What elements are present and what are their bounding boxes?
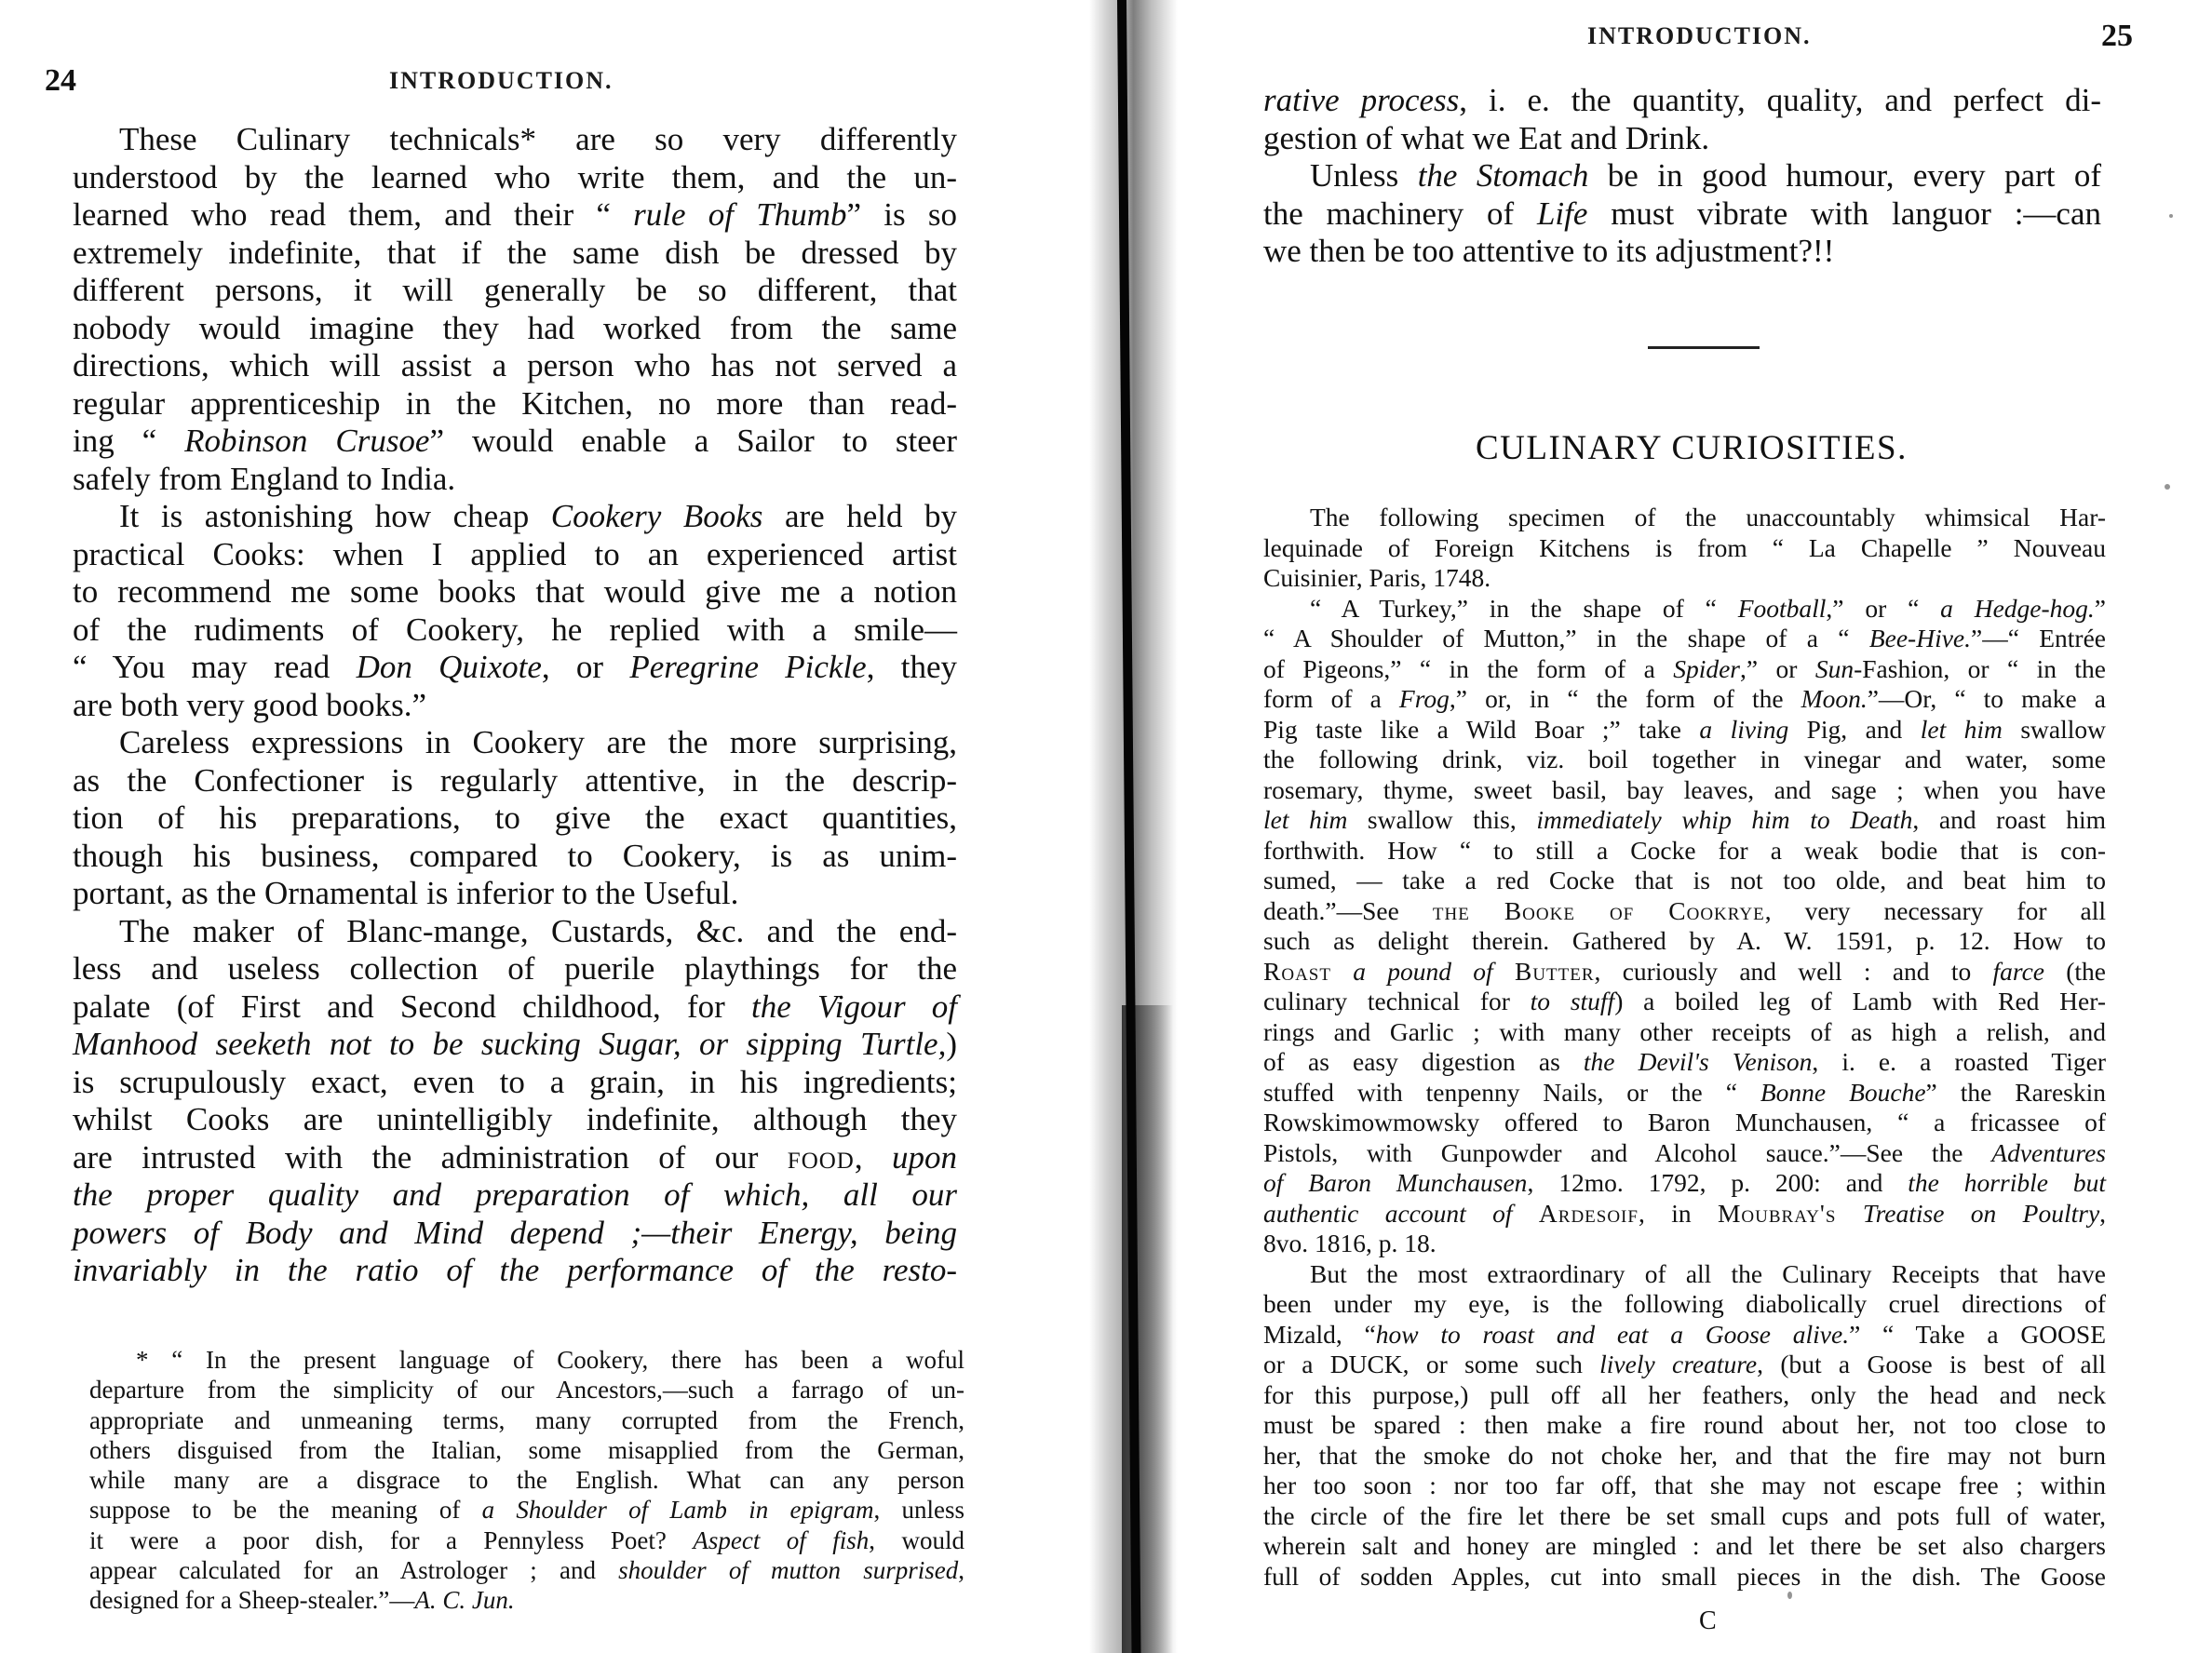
text-line: departure from the simplicity of our Anc… [89,1375,964,1404]
text-run: must be spared : then make a fire round … [1263,1410,2106,1439]
text-line: of the rudiments of Cookery, he replied … [73,611,957,650]
text-line: it were a poor dish, for a Pennyless Poe… [89,1525,964,1555]
text-line: Manhood seeketh not to be sucking Sugar,… [73,1026,957,1064]
italic-text: powers of Body and Mind depend ;—their E… [73,1215,957,1251]
text-run: be in good humour, every part of [1588,157,2101,194]
footnote: * “ In the present language of Cookery, … [89,1345,964,1616]
text-run: Pig taste like a Wild Boar ;” take [1263,715,1699,744]
text-line: Roast a pound of Butter, curiously and w… [1263,957,2106,988]
text-line: The following specimen of the unaccounta… [1263,503,2106,533]
text-line: rosemary, thyme, sweet basil, bay leaves… [1263,775,2106,806]
text-line: to recommend me some books that would gi… [73,573,957,611]
text-run: “ A Shoulder of Mutton,” in the shape of… [1263,624,1869,652]
text-run: , or [542,649,629,685]
section-title: CULINARY CURIOSITIES. [1476,428,1908,468]
text-line: the machinery of Life must vibrate with … [1263,195,2101,234]
italic-text: A. C. Jun. [414,1586,514,1614]
page-number: 25 [2101,19,2133,54]
text-run: it were a poor dish, for a Pennyless Poe… [89,1526,693,1554]
text-run: the circle of the fire let there be set … [1263,1501,2106,1530]
text-run: the following drink, viz. boil together … [1263,745,2106,773]
paper-speck [2165,484,2170,490]
text-line: sumed, — take a red Cocke that is not to… [1263,866,2106,896]
text-line: less and useless collection of puerile p… [73,950,957,988]
text-run: rosemary, thyme, sweet basil, bay leaves… [1263,775,2106,804]
text-line: death.”—See the Booke of Cookrye, very n… [1263,896,2106,927]
text-line: These Culinary technicals* are so very d… [73,121,957,159]
text-run: , would [869,1526,964,1554]
text-run: Rowskimowmowsky offered to Baron Munchau… [1263,1108,2106,1136]
small-caps-text: the Booke of Cookrye [1433,896,1765,925]
text-run: wherein salt and honey are mingled : and… [1263,1531,2106,1560]
paper-speck [1787,1592,1792,1599]
text-line: rings and Garlic ; with many other recei… [1263,1017,2106,1048]
text-run: the machinery of [1263,195,1537,232]
text-run: been under my eye, is the following diab… [1263,1289,2106,1318]
text-line: the following drink, viz. boil together … [1263,745,2106,775]
text-run: learned who read them, and their “ [73,196,633,233]
text-line: learned who read them, and their “ rule … [73,196,957,235]
italic-text: rule of Thumb [633,196,846,233]
text-line: full of sodden Apples, cut into small pi… [1263,1562,2106,1593]
body-text: These Culinary technicals* are so very d… [73,121,957,1290]
text-run [1836,1199,1862,1228]
text-line: stuffed with tenpenny Nails, or the “ Bo… [1263,1078,2106,1109]
text-line: It is astonishing how cheap Cookery Book… [73,498,957,536]
text-run: culinary technical for [1263,987,1531,1015]
text-run: The following specimen of the unaccounta… [1310,503,2106,531]
text-run: form of a [1263,684,1399,713]
text-run: ” “ Take a GOOSE [1849,1320,2106,1349]
text-run: as the Confectioner is regularly attenti… [73,762,957,799]
italic-text: to stuff [1531,987,1615,1015]
italic-text: Frog [1399,684,1450,713]
text-run: , 12mo. 1792, p. 200: and [1527,1168,1908,1197]
text-line: palate (of First and Second childhood, f… [73,988,957,1027]
text-line: of as easy digestion as the Devil's Veni… [1263,1047,2106,1078]
text-run: , in [1639,1199,1718,1228]
text-run: her, that the smoke do not choke her, an… [1263,1441,2106,1470]
section-divider-rule [1648,346,1760,349]
text-run: to recommend me some books that would gi… [73,573,957,610]
text-run: suppose to be the meaning of [89,1496,482,1524]
text-run: , unless [873,1496,964,1524]
text-line: gestion of what we Eat and Drink. [1263,120,2101,158]
italic-text: immediately whip him to Death [1536,805,1912,834]
text-run: , [2099,1199,2106,1228]
italic-text: let him [1921,715,2003,744]
text-line: The maker of Blanc-mange, Custards, &c. … [73,913,957,951]
text-line: culinary technical for to stuff) a boile… [1263,987,2106,1017]
italic-text: Moon. [1801,684,1868,713]
text-line: form of a Frog,” or, in “ the form of th… [1263,684,2106,715]
text-run: whilst Cooks are unintelligibly indefini… [73,1101,957,1137]
italic-text: invariably in the ratio of the performan… [73,1252,957,1288]
text-run: others disguised from the Italian, some … [89,1436,964,1464]
text-run: are held by [762,498,957,534]
text-run: though his business, compared to Cookery… [73,838,957,874]
italic-text: Don Quixote [357,649,542,685]
text-run: (the [2044,957,2106,986]
text-line: different persons, it will generally be … [73,272,957,310]
text-run: must vibrate with languor :—can [1587,195,2101,232]
text-line: rative process, i. e. the quantity, qual… [1263,82,2101,120]
text-run: Pig, and [1788,715,1921,744]
text-run: full of sodden Apples, cut into small pi… [1263,1562,2106,1591]
text-line: whilst Cooks are unintelligibly indefini… [73,1101,957,1139]
text-run: nobody would imagine they had worked fro… [73,310,957,346]
text-line: designed for a Sheep-stealer.”—A. C. Jun… [89,1585,964,1615]
text-run: ing “ [73,423,184,459]
text-run: , i. e. the quantity, quality, and perfe… [1459,82,2101,118]
text-run: death.”—See [1263,896,1433,925]
italic-text: a Shoulder of Lamb in epigram [482,1496,874,1524]
text-run: , i. e. a roasted Tiger [1812,1047,2106,1076]
text-line: Pig taste like a Wild Boar ;” take a liv… [1263,715,2106,746]
text-line: Mizald, “how to roast and eat a Goose al… [1263,1320,2106,1351]
text-run: ,” or [1740,654,1815,683]
text-line: directions, which will assist a person w… [73,347,957,385]
small-caps-text: Ardesoif [1539,1199,1639,1228]
text-run [1331,957,1353,986]
small-caps-text: food [788,1139,855,1176]
text-run: “ A Turkey,” in the shape of “ [1310,594,1738,623]
italic-text: Aspect of fish [693,1526,869,1554]
text-line: forthwith. How “ to still a Cocke for a … [1263,836,2106,867]
italic-text: the horrible but [1908,1168,2106,1197]
text-run: directions, which will assist a person w… [73,347,957,383]
text-run: ” the Rareskin [1926,1078,2106,1107]
text-run: But the most extraordinary of all the Cu… [1310,1259,2106,1288]
text-run: we then be too attentive to its adjustme… [1263,233,1834,269]
italic-text: Life [1537,195,1587,232]
italic-text: Robinson Crusoe [184,423,429,459]
left-page: 24 INTRODUCTION. These Culinary technica… [0,0,1089,1653]
text-line: Careless expressions in Cookery are the … [73,724,957,762]
text-run: Mizald, “ [1263,1320,1376,1349]
small-caps-text: Moubray's [1718,1199,1836,1228]
text-line: others disguised from the Italian, some … [89,1435,964,1465]
text-line: are both very good books.” [73,687,957,725]
text-run [1493,957,1515,986]
text-run: ,” or, in “ the form of the [1450,684,1801,713]
text-line: invariably in the ratio of the performan… [73,1252,957,1290]
text-line: “ A Shoulder of Mutton,” in the shape of… [1263,624,2106,654]
text-line: ing “ Robinson Crusoe” would enable a Sa… [73,423,957,461]
italic-text: Bonne Bouche [1760,1078,1926,1107]
italic-text: Manhood seeketh not to be sucking Sugar,… [73,1026,946,1062]
text-line: * “ In the present language of Cookery, … [89,1345,964,1375]
text-line: her, that the smoke do not choke her, an… [1263,1441,2106,1472]
text-line: appear calculated for an Astrologer ; an… [89,1555,964,1585]
italic-text: authentic account of [1263,1199,1513,1228]
text-run: are intrusted with the administration of… [73,1139,788,1176]
italic-text: a pound of [1353,957,1492,986]
text-run: while many are a disgrace to the English… [89,1466,964,1494]
text-run: forthwith. How “ to still a Cocke for a … [1263,836,2106,865]
text-line: let him swallow this, immediately whip h… [1263,805,2106,836]
text-line: “ You may read Don Quixote, or Peregrine… [73,649,957,687]
text-line: tion of his preparations, to give the ex… [73,800,957,838]
section-body: The following specimen of the unaccounta… [1263,503,2106,1592]
right-page: INTRODUCTION. 25 rative process, i. e. t… [1164,0,2212,1653]
italic-text: a Hedge-hog. [1940,594,2095,623]
text-run: different persons, it will generally be … [73,272,957,308]
text-run: swallow [2003,715,2106,744]
text-line: portant, as the Ornamental is inferior t… [73,875,957,913]
text-run: of the rudiments of Cookery, he replied … [73,611,957,648]
text-line: suppose to be the meaning of a Shoulder … [89,1495,964,1525]
text-line: as the Confectioner is regularly attenti… [73,762,957,800]
italic-text: Football [1738,594,1827,623]
text-run: , and roast him [1912,805,2106,834]
italic-text: Peregrine Pickle [629,649,866,685]
text-line: nobody would imagine they had worked fro… [73,310,957,348]
italic-text: the proper quality and preparation of wh… [73,1176,957,1213]
text-run: 8vo. 1816, p. 18. [1263,1229,1436,1257]
italic-text: farce [1993,957,2044,986]
text-run: rings and Garlic ; with many other recei… [1263,1017,2106,1046]
italic-text: shoulder of mutton surprised [618,1556,958,1584]
text-line: her too soon : nor too far off, that she… [1263,1471,2106,1501]
text-run: departure from the simplicity of our Anc… [89,1376,964,1404]
text-run: extremely indefinite, that if the same d… [73,235,957,271]
text-line: Rowskimowmowsky offered to Baron Munchau… [1263,1108,2106,1138]
italic-text: the Vigour of [751,988,957,1025]
text-run: ” would enable a Sailor to steer [429,423,957,459]
text-run: ” [2095,594,2106,623]
italic-text: Bee-Hive. [1869,624,1971,652]
italic-text: Spider [1673,654,1740,683]
italic-text: upon [892,1139,957,1176]
small-caps-text: Roast [1263,957,1331,986]
text-run: The maker of Blanc-mange, Custards, &c. … [119,913,957,949]
text-run: lequinade of Foreign Kitchens is from “ … [1263,533,2106,562]
text-run: swallow this, [1347,805,1536,834]
text-run: gestion of what we Eat and Drink. [1263,120,1709,156]
text-line: regular apprenticeship in the Kitchen, n… [73,385,957,423]
text-run: , (but a Goose is best of all [1757,1350,2106,1378]
text-run: such as delight therein. Gathered by A. … [1263,926,2106,955]
text-line: appropriate and unmeaning terms, many co… [89,1405,964,1435]
text-line: of Baron Munchausen, 12mo. 1792, p. 200:… [1263,1168,2106,1199]
text-line: safely from England to India. [73,461,957,499]
italic-text: let him [1263,805,1347,834]
text-line: the proper quality and preparation of wh… [73,1176,957,1215]
italic-text: rative process [1263,82,1459,118]
italic-text: a living [1699,715,1788,744]
text-line: we then be too attentive to its adjustme… [1263,233,2101,271]
text-line: extremely indefinite, that if the same d… [73,235,957,273]
text-run: Cuisinier, Paris, 1748. [1263,563,1490,592]
italic-text: lively creature [1599,1350,1757,1378]
text-line: powers of Body and Mind depend ;—their E… [73,1215,957,1253]
text-line: such as delight therein. Gathered by A. … [1263,926,2106,957]
text-line: “ A Turkey,” in the shape of “ Football,… [1263,594,2106,625]
text-run: ” is so [847,196,958,233]
text-run: These Culinary technicals* are so very d… [119,121,957,157]
text-run: , [855,1139,892,1176]
text-line: But the most extraordinary of all the Cu… [1263,1259,2106,1290]
text-run: is scrupulously exact, even to a grain, … [73,1064,957,1100]
text-line: of Pigeons,” “ in the form of a Spider,”… [1263,654,2106,685]
text-line: Unless the Stomach be in good humour, ev… [1263,157,2101,195]
text-run: Pistols, with Gunpowder and Alcohol sauc… [1263,1138,1991,1167]
text-run: understood by the learned who write them… [73,159,957,195]
text-run: designed for a Sheep-stealer.”— [89,1586,414,1614]
text-line: 8vo. 1816, p. 18. [1263,1229,2106,1259]
italic-text: Adventures [1991,1138,2106,1167]
text-run: portant, as the Ornamental is inferior t… [73,875,738,911]
text-run: ) [946,1026,957,1062]
text-run: safely from England to India. [73,461,455,497]
running-head: INTRODUCTION. [1587,22,1812,50]
signature-mark: C [1699,1606,1717,1636]
text-run: ”—“ Entrée [1971,624,2106,652]
text-run: tion of his preparations, to give the ex… [73,800,957,836]
italic-text: Sun [1815,654,1854,683]
text-line: understood by the learned who write them… [73,159,957,197]
text-line: are intrusted with the administration of… [73,1139,957,1177]
text-line: been under my eye, is the following diab… [1263,1289,2106,1320]
italic-text: of Baron Munchausen [1263,1168,1527,1197]
text-line: practical Cooks: when I applied to an ex… [73,536,957,574]
paper-speck [2169,214,2173,218]
text-run: are both very good books.” [73,687,426,723]
small-caps-text: Butter [1515,957,1595,986]
text-run: ”—Or, “ to make a [1868,684,2106,713]
text-run: her too soon : nor too far off, that she… [1263,1471,2106,1499]
text-run [1513,1199,1539,1228]
text-line: lequinade of Foreign Kitchens is from “ … [1263,533,2106,564]
italic-text: Treatise on Poultry [1863,1199,2099,1228]
text-run: palate (of First and Second childhood, f… [73,988,751,1025]
text-run: * “ In the present language of Cookery, … [136,1346,964,1374]
italic-text: Cookery Books [551,498,763,534]
text-run: for this purpose,) pull off all her feat… [1263,1380,2106,1409]
text-line: though his business, compared to Cookery… [73,838,957,876]
text-run: Unless [1310,157,1418,194]
text-line: Pistols, with Gunpowder and Alcohol sauc… [1263,1138,2106,1169]
text-line: wherein salt and honey are mingled : and… [1263,1531,2106,1562]
page-number: 24 [45,63,76,99]
running-head: INTRODUCTION. [389,67,614,95]
text-run: sumed, — take a red Cocke that is not to… [1263,866,2106,894]
text-run: -Fashion, or “ in the [1854,654,2106,683]
text-line: or a DUCK, or some such lively creature,… [1263,1350,2106,1380]
text-run: , curiously and well : and to [1595,957,1993,986]
text-run: stuffed with tenpenny Nails, or the “ [1263,1078,1760,1107]
text-line: for this purpose,) pull off all her feat… [1263,1380,2106,1411]
text-line: while many are a disgrace to the English… [89,1465,964,1495]
italic-text: the Devil's Venison [1584,1047,1812,1076]
text-run: ,” or “ [1826,594,1940,623]
text-run: regular apprenticeship in the Kitchen, n… [73,385,957,422]
text-run: , they [867,649,957,685]
text-run: practical Cooks: when I applied to an ex… [73,536,957,572]
text-run: appear calculated for an Astrologer ; an… [89,1556,618,1584]
body-text: rative process, i. e. the quantity, qual… [1263,82,2101,271]
text-run: Careless expressions in Cookery are the … [119,724,957,760]
text-line: the circle of the fire let there be set … [1263,1501,2106,1532]
text-run: or a DUCK, or some such [1263,1350,1599,1378]
text-line: is scrupulously exact, even to a grain, … [73,1064,957,1102]
italic-text: how to roast and eat a Goose alive. [1376,1320,1849,1349]
text-run: of Pigeons,” “ in the form of a [1263,654,1673,683]
text-line: authentic account of Ardesoif, in Moubra… [1263,1199,2106,1230]
text-line: must be spared : then make a fire round … [1263,1410,2106,1441]
text-run: of as easy digestion as [1263,1047,1584,1076]
italic-text: the Stomach [1418,157,1589,194]
text-run: It is astonishing how cheap [119,498,551,534]
text-run: , [958,1556,964,1584]
text-run: appropriate and unmeaning terms, many co… [89,1406,964,1434]
text-run: less and useless collection of puerile p… [73,950,957,987]
text-run: ) a boiled leg of Lamb with Red Her- [1614,987,2106,1015]
text-line: Cuisinier, Paris, 1748. [1263,563,2106,594]
text-run: “ You may read [73,649,357,685]
text-run: , very necessary for all [1765,896,2106,925]
